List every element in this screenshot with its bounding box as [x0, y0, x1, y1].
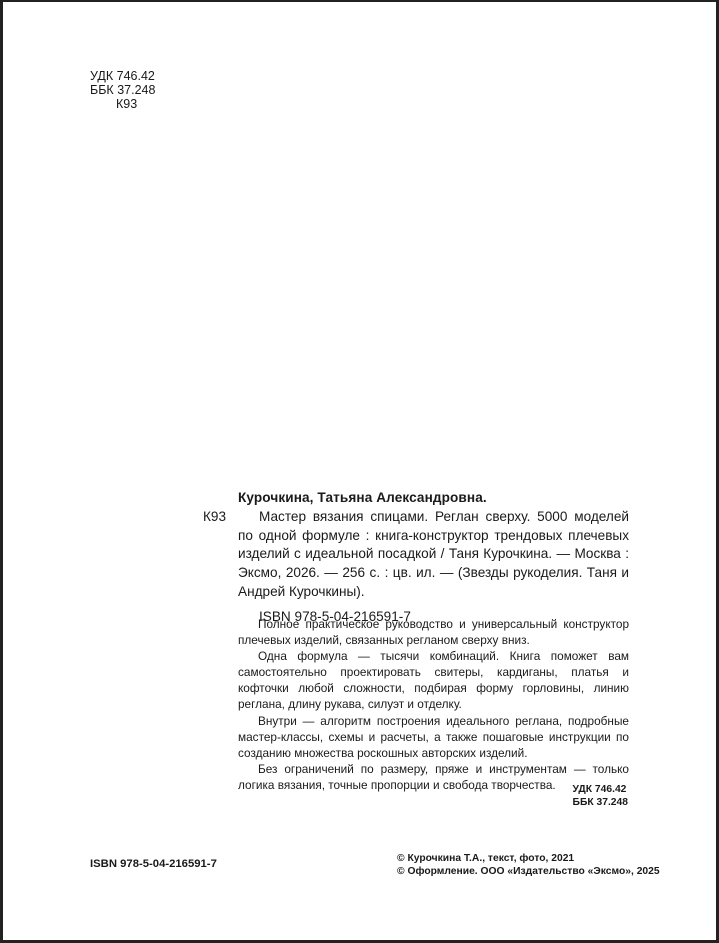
bbk-row: ББК 37.248	[90, 83, 155, 97]
classification-block: УДК 746.42 ББК 37.248 К93	[90, 69, 155, 111]
bbk-code: ББК 37.248	[573, 797, 628, 810]
record-body: К93 Мастер вязания спицами. Реглан сверх…	[238, 508, 629, 602]
record-text: Мастер вязания спицами. Реглан сверху. 5…	[238, 509, 629, 599]
annotation-paragraph: Без ограничений по размеру, пряже и инст…	[238, 761, 629, 793]
annotation-paragraph: Внутри — алгоритм построения идеального …	[238, 713, 629, 761]
bibliographic-record: Курочкина, Татьяна Александровна. К93 Ма…	[238, 489, 629, 627]
copyright-line: © Курочкина Т.А., текст, фото, 2021	[397, 852, 660, 865]
udk-value: 746.42	[117, 69, 155, 83]
footer-isbn: ISBN 978-5-04-216591-7	[90, 858, 217, 870]
annotation-paragraph: Одна формула — тысячи комбинаций. Книга …	[238, 648, 629, 712]
author-heading: Курочкина, Татьяна Александровна.	[238, 489, 629, 508]
copyright-line: © Оформление. ООО «Издательство «Эксмо»,…	[397, 865, 660, 878]
annotation: Полное практическое руководство и универ…	[238, 616, 629, 793]
bbk-label: ББК	[90, 83, 114, 97]
bbk-value: 37.248	[117, 83, 155, 97]
codes-right: УДК 746.42 ББК 37.248	[573, 784, 628, 809]
cutter-code: К93	[90, 97, 155, 111]
udk-label: УДК	[90, 69, 113, 83]
udk-code: УДК 746.42	[573, 784, 628, 797]
copyright-block: © Курочкина Т.А., текст, фото, 2021 © Оф…	[397, 852, 660, 878]
record-cutter: К93	[203, 508, 226, 527]
annotation-paragraph: Полное практическое руководство и универ…	[238, 616, 629, 648]
udk-row: УДК 746.42	[90, 69, 155, 83]
